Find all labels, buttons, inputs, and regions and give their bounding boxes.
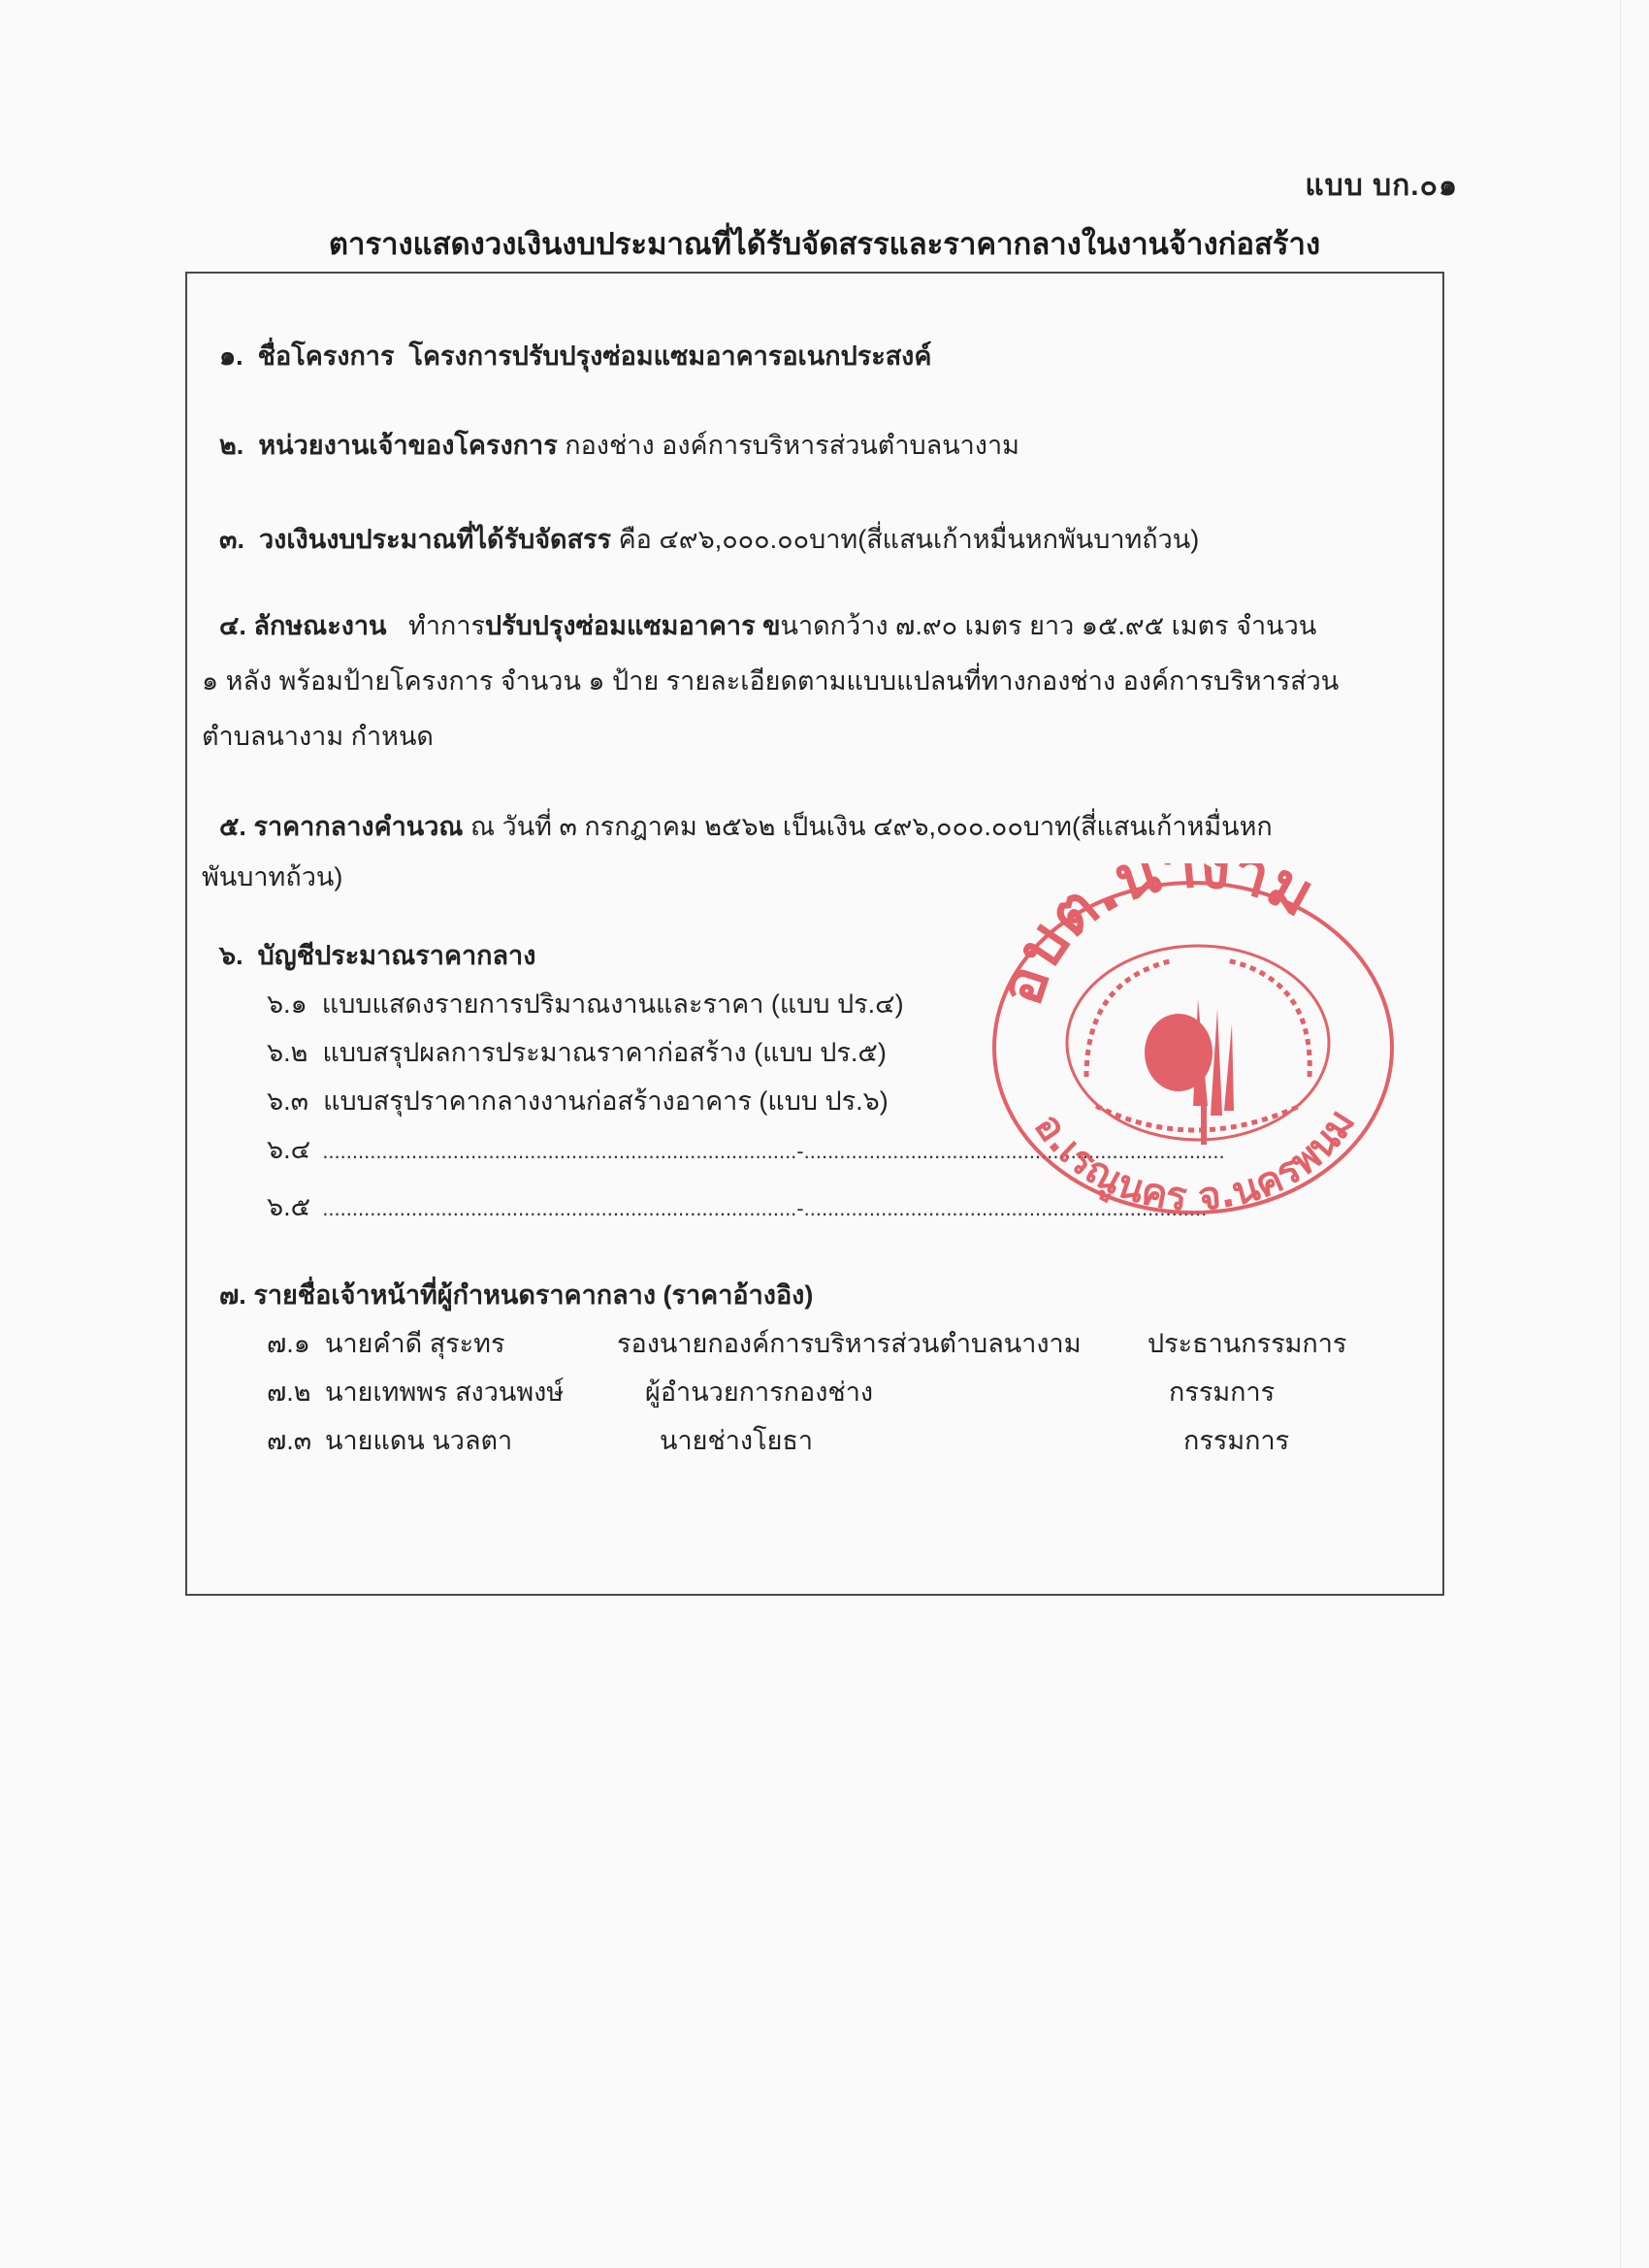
section-number: ๔. <box>219 611 246 640</box>
member-role: กรรมการ <box>1183 1419 1289 1461</box>
rice-plant-emblem-icon <box>1145 999 1234 1145</box>
section-3: ๓. วงเงินงบประมาณที่ได้รับจัดสรร คือ ๔๙๖… <box>219 518 1199 560</box>
member-name: นายแดน นวลตา <box>325 1419 512 1461</box>
page-edge <box>1620 0 1621 2268</box>
document-title: ตารางแสดงวงเงินงบประมาณที่ได้รับจัดสรรแล… <box>0 219 1649 268</box>
work-dimensions: นาดกว้าง ๗.๙๐ เมตร ยาว ๑๕.๙๕ เมตร จำนวน <box>781 611 1317 640</box>
section-label: ชื่อโครงการ <box>258 341 395 371</box>
project-owner: กองช่าง องค์การบริหารส่วนตำบลนางาม <box>565 431 1019 460</box>
section-number: ๒. <box>219 431 243 460</box>
form-code: แบบ บก.๐๑ <box>1305 163 1458 209</box>
section-label: หน่วยงานเจ้าของโครงการ <box>258 431 557 460</box>
project-name: โครงการปรับปรุงซ่อมแซมอาคารอเนกประสงค์ <box>408 341 931 371</box>
member-number: ๗.๓ <box>267 1419 311 1461</box>
section-5-line-2: พันบาทถ้วน) <box>202 856 342 897</box>
member-number: ๗.๑ <box>267 1322 310 1364</box>
section-label: ราคากลางคำนวณ <box>253 812 463 841</box>
svg-text:อบต.นางาม: อบต.นางาม <box>985 863 1326 1014</box>
section-number: ๗. <box>219 1280 246 1310</box>
member-position: นายช่างโยธา <box>660 1419 813 1461</box>
allocated-budget: คือ ๔๙๖,๐๐๐.๐๐บาท(สี่แสนเก้าหมื่นหกพันบา… <box>619 525 1200 554</box>
estimate-item: ๖.๑ แบบแสดงรายการปริมาณงานและราคา (แบบ ป… <box>267 983 904 1024</box>
member-name: นายเทพพร สงวนพงษ์ <box>325 1371 564 1412</box>
section-number: ๓. <box>219 525 244 554</box>
work-prefix: ทำการ <box>408 611 485 640</box>
section-1: ๑. ชื่อโครงการ โครงการปรับปรุงซ่อมแซมอาค… <box>219 335 931 376</box>
section-label: วงเงินงบประมาณที่ได้รับจัดสรร <box>259 525 611 554</box>
section-4-line-3: ตำบลนางาม กำหนด <box>202 715 434 757</box>
estimate-item: ๖.๓ แบบสรุปราคากลางงานก่อสร้างอาคาร (แบบ… <box>267 1080 889 1121</box>
official-stamp: อบต.นางาม อ.เรณูนคร จ.นครพนม <box>980 863 1406 1232</box>
section-5-line-1: ๕. ราคากลางคำนวณ ณ วันที่ ๓ กรกฎาคม ๒๕๖๒… <box>219 805 1273 847</box>
section-2: ๒. หน่วยงานเจ้าของโครงการ กองช่าง องค์กา… <box>219 424 1019 466</box>
estimate-item: ๖.๒ แบบสรุปผลการประมาณราคาก่อสร้าง (แบบ … <box>267 1031 887 1073</box>
median-price: ณ วันที่ ๓ กรกฎาคม ๒๕๖๒ เป็นเงิน ๔๙๖,๐๐๐… <box>470 812 1273 841</box>
section-label: ลักษณะงาน <box>253 611 386 640</box>
member-position: รองนายกองค์การบริหารส่วนตำบลนางาม <box>617 1322 1082 1364</box>
section-number: ๖. <box>219 941 243 970</box>
section-label: รายชื่อเจ้าหน้าที่ผู้กำหนดราคากลาง (ราคา… <box>253 1280 813 1310</box>
section-label: บัญชีประมาณราคากลาง <box>258 941 536 970</box>
stamp-bottom-text: อ.เรณูนคร จ.นครพนม <box>1025 1101 1364 1219</box>
section-6-heading: ๖. บัญชีประมาณราคากลาง <box>219 934 535 976</box>
section-7-heading: ๗. รายชื่อเจ้าหน้าที่ผู้กำหนดราคากลาง (ร… <box>219 1274 813 1315</box>
section-4-line-2: ๑ หลัง พร้อมป้ายโครงการ จำนวน ๑ ป้าย ราย… <box>202 660 1339 701</box>
member-name: นายคำดี สุระทร <box>325 1322 504 1364</box>
member-role: ประธานกรรมการ <box>1148 1322 1346 1364</box>
stamp-top-text: อบต.นางาม <box>985 863 1326 1014</box>
svg-text:อ.เรณูนคร จ.นครพนม: อ.เรณูนคร จ.นครพนม <box>1025 1101 1364 1219</box>
section-number: ๑. <box>219 341 243 371</box>
work-title: ปรับปรุงซ่อมแซมอาคาร ข <box>485 611 781 640</box>
member-number: ๗.๒ <box>267 1371 311 1412</box>
section-4-line-1: ๔. ลักษณะงาน ทำการปรับปรุงซ่อมแซมอาคาร ข… <box>219 604 1316 646</box>
section-number: ๕. <box>219 812 246 841</box>
member-role: กรรมการ <box>1169 1371 1275 1412</box>
member-position: ผู้อำนวยการกองช่าง <box>645 1371 873 1412</box>
